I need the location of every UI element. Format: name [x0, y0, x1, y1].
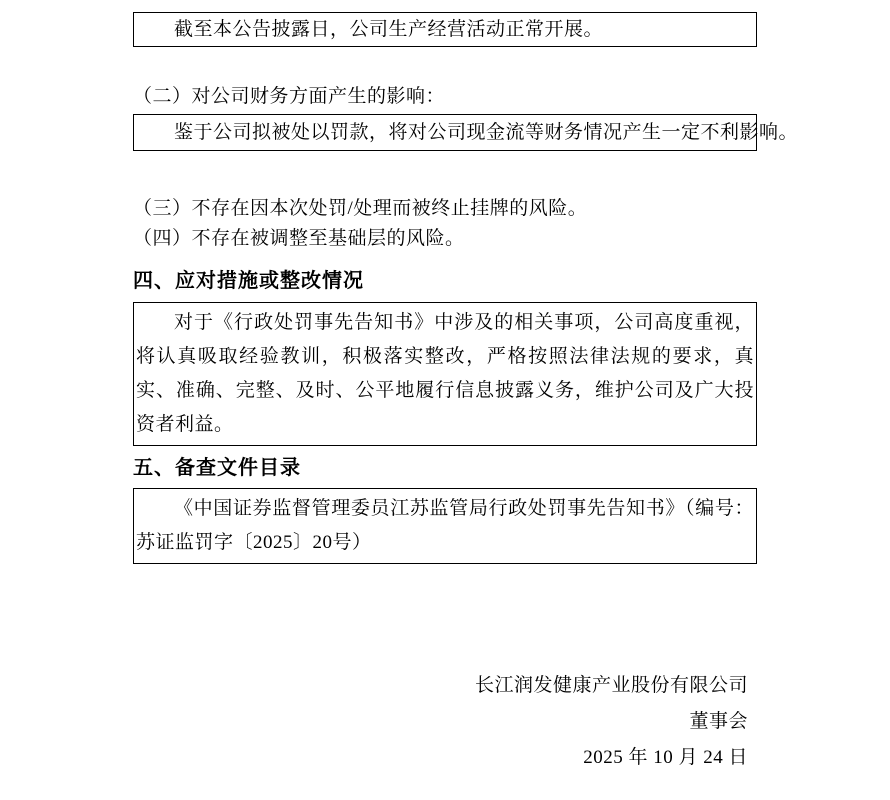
operations-status-box: 截至本公告披露日，公司生产经营活动正常开展。 — [133, 12, 757, 47]
operations-status-text: 截至本公告披露日，公司生产经营活动正常开展。 — [136, 15, 754, 44]
financial-impact-box: 鉴于公司拟被处以罚款，将对公司现金流等财务情况产生一定不利影响。 — [133, 114, 757, 151]
signature-company: 长江润发健康产业股份有限公司 — [475, 668, 748, 704]
signature-board: 董事会 — [475, 704, 748, 740]
delisting-risk-statement: （三）不存在因本次处罚/处理而被终止挂牌的风险。 — [133, 198, 587, 219]
financial-impact-heading: （二）对公司财务方面产生的影响： — [133, 86, 445, 107]
signature-block: 长江润发健康产业股份有限公司 董事会 2025 年 10 月 24 日 — [475, 668, 748, 776]
remediation-section-heading: 四、应对措施或整改情况 — [133, 271, 364, 292]
base-tier-risk-statement: （四）不存在被调整至基础层的风险。 — [133, 228, 465, 249]
financial-impact-text: 鉴于公司拟被处以罚款，将对公司现金流等财务情况产生一定不利影响。 — [136, 117, 754, 148]
remediation-box: 对于《行政处罚事先告知书》中涉及的相关事项，公司高度重视，将认真吸取经验教训，积… — [133, 302, 757, 446]
reference-documents-heading: 五、备查文件目录 — [133, 458, 301, 479]
announcement-page: 截至本公告披露日，公司生产经营活动正常开展。 （二）对公司财务方面产生的影响： … — [0, 0, 890, 800]
remediation-text: 对于《行政处罚事先告知书》中涉及的相关事项，公司高度重视，将认真吸取经验教训，积… — [136, 306, 754, 442]
reference-documents-text: 《中国证券监督管理委员江苏监管局行政处罚事先告知书》（编号：苏证监罚字〔2025… — [136, 492, 754, 560]
signature-date: 2025 年 10 月 24 日 — [475, 740, 748, 776]
reference-documents-box: 《中国证券监督管理委员江苏监管局行政处罚事先告知书》（编号：苏证监罚字〔2025… — [133, 488, 757, 564]
